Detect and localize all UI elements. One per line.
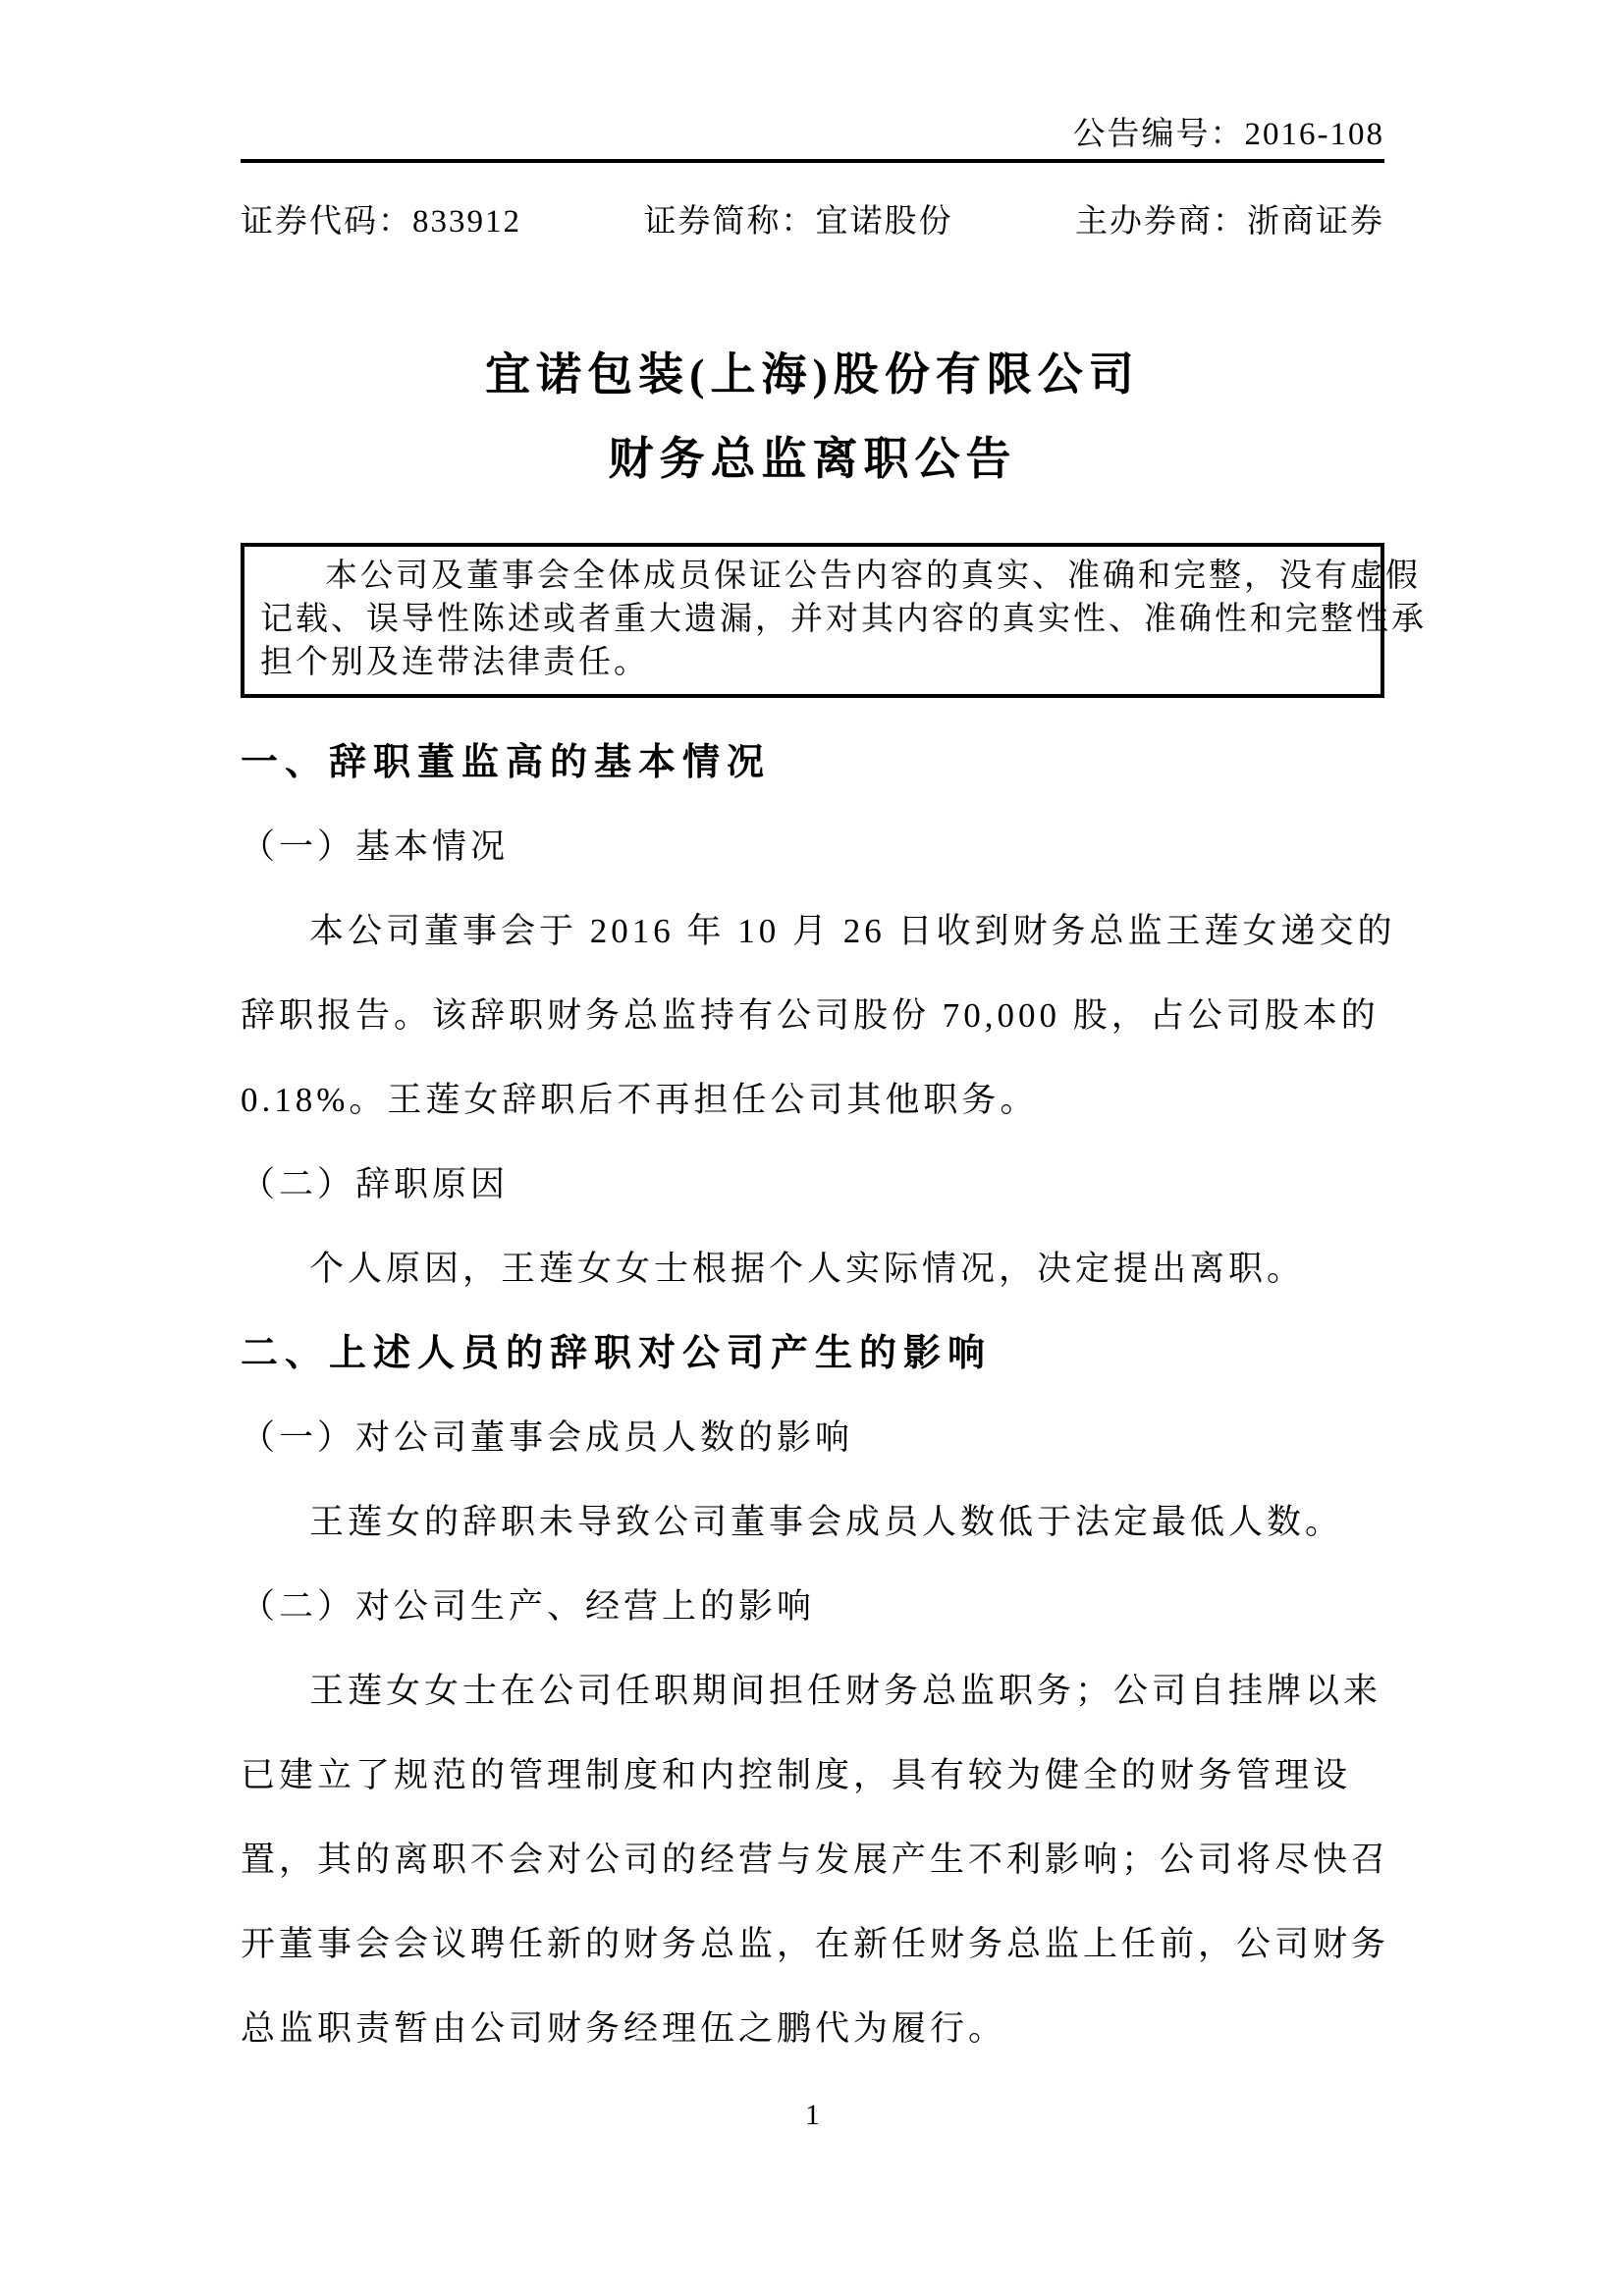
subsection-heading: （二）对公司生产、经营上的影响: [241, 1565, 1384, 1649]
paragraph-line: 辞职报告。该辞职财务总监持有公司股份 70,000 股，占公司股本的: [241, 974, 1384, 1058]
subsection-heading: （一）基本情况: [241, 805, 1384, 889]
subsection-heading: （一）对公司董事会成员人数的影响: [241, 1396, 1384, 1480]
header-rule: [241, 159, 1384, 163]
announcement-title: 财务总监离职公告: [241, 429, 1384, 490]
paragraph-line: 开董事会会议聘任新的财务总监，在新任财务总监上任前，公司财务: [241, 1902, 1384, 1987]
paragraph-line: 已建立了规范的管理制度和内控制度，具有较为健全的财务管理设: [241, 1734, 1384, 1818]
announcement-number: 公告编号：2016-108: [241, 115, 1384, 154]
paragraph-line: 0.18%。王莲女辞职后不再担任公司其他职务。: [241, 1058, 1384, 1143]
company-title: 宜诺包装(上海)股份有限公司: [241, 345, 1384, 405]
section-heading-1: 一、辞职董监高的基本情况: [241, 721, 1384, 805]
sponsor-broker: 主办券商：浙商证券: [1075, 202, 1384, 241]
page-content: 公告编号：2016-108 证券代码：833912 证券简称：宜诺股份 主办券商…: [0, 115, 1624, 2133]
disclaimer-line: 记载、误导性陈述或者重大遗漏，并对其内容的真实性、准确性和完整性承: [260, 598, 1365, 641]
paragraph-line: 王莲女的辞职未导致公司董事会成员人数低于法定最低人数。: [241, 1480, 1384, 1565]
paragraph-line: 本公司董事会于 2016 年 10 月 26 日收到财务总监王莲女递交的: [241, 889, 1384, 974]
paragraph-line: 置，其的离职不会对公司的经营与发展产生不利影响；公司将尽快召: [241, 1818, 1384, 1902]
disclaimer-box: 本公司及董事会全体成员保证公告内容的真实、准确和完整，没有虚假 记载、误导性陈述…: [241, 543, 1384, 698]
section-heading-2: 二、上述人员的辞职对公司产生的影响: [241, 1311, 1384, 1396]
disclaimer-line: 本公司及董事会全体成员保证公告内容的真实、准确和完整，没有虚假: [260, 555, 1365, 598]
stock-short-name: 证券简称：宜诺股份: [644, 202, 953, 241]
stock-code: 证券代码：833912: [241, 202, 521, 241]
document-page: 公告编号：2016-108 证券代码：833912 证券简称：宜诺股份 主办券商…: [0, 0, 1624, 2296]
paragraph-line: 个人原因，王莲女女士根据个人实际情况，决定提出离职。: [241, 1227, 1384, 1311]
subsection-heading: （二）辞职原因: [241, 1143, 1384, 1227]
paragraph-line: 王莲女女士在公司任职期间担任财务总监职务；公司自挂牌以来: [241, 1649, 1384, 1734]
disclaimer-line: 担个别及连带法律责任。: [260, 641, 1365, 684]
securities-info-row: 证券代码：833912 证券简称：宜诺股份 主办券商：浙商证券: [241, 202, 1384, 241]
page-number: 1: [241, 2098, 1384, 2133]
paragraph-line: 总监职责暂由公司财务经理伍之鹏代为履行。: [241, 1987, 1384, 2071]
